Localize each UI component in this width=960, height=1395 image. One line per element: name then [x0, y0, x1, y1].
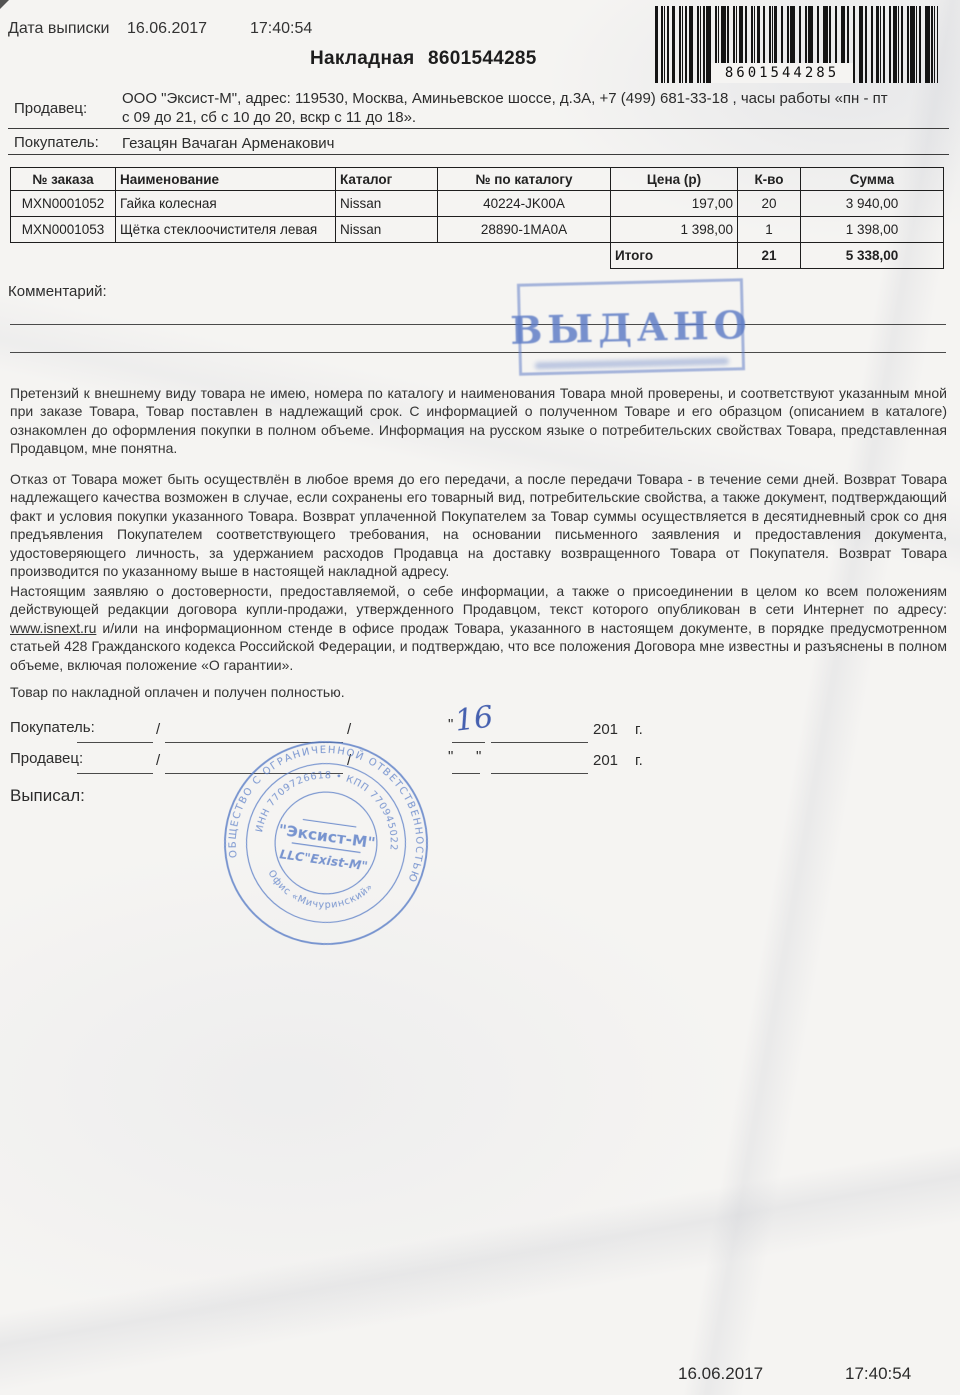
buyer-label: Покупатель:: [14, 134, 99, 151]
seal-office-text: Офис «Мичуринский»: [261, 867, 376, 918]
col-header-sum: Сумма: [801, 168, 944, 191]
issued-stamp: ВЫДАНО: [517, 278, 745, 375]
buyer-month-line: [491, 742, 588, 743]
barcode: 8601544285: [655, 6, 938, 83]
website-link: www.isnext.ru: [10, 620, 96, 636]
legal-contract-text-after: и/или на информационном стенде в офисе п…: [10, 620, 947, 673]
items-table: № заказа Наименование Каталог № по катал…: [10, 167, 944, 269]
document-title: Накладная: [310, 48, 415, 70]
cell-qty: 20: [738, 191, 801, 217]
total-label: Итого: [611, 243, 738, 269]
total-row-spacer: [11, 243, 611, 269]
cell-qty: 1: [738, 217, 801, 243]
legal-paragraph-claims: Претензий к внешнему виду товара не имею…: [10, 384, 947, 458]
buyer-value: Гезацян Вачаган Арменакович: [122, 134, 335, 153]
slash: /: [347, 721, 351, 738]
col-header-partno: № по каталогу: [438, 168, 611, 191]
cell-sum: 1 398,00: [801, 217, 944, 243]
slash: /: [156, 752, 160, 769]
company-seal: ОБЩЕСТВО С ОГРАНИЧЕННОЙ ОТВЕТСТВЕННОСТЬЮ…: [204, 721, 448, 965]
cell-order: MXN0001052: [11, 191, 116, 217]
signature-buyer-label: Покупатель:: [10, 719, 95, 736]
buyer-day-line: [452, 742, 485, 743]
seller-value-line2: с 09 до 21, сб с 10 до 20, вскр с 11 до …: [122, 108, 947, 127]
cell-price: 1 398,00: [611, 217, 738, 243]
seller-label: Продавец:: [14, 100, 87, 117]
seller-value: ООО "Эксист-М", адрес: 119530, Москва, А…: [122, 89, 947, 127]
cell-partno: 40224-JK00A: [438, 191, 611, 217]
cell-sum: 3 940,00: [801, 191, 944, 217]
paid-received-statement: Товар по накладной оплачен и получен пол…: [10, 683, 947, 701]
buyer-signature-line: [77, 742, 153, 743]
legal-contract-text-before: Настоящим заявляю о достоверности, предо…: [10, 583, 947, 617]
year-prefix: 201: [593, 752, 618, 769]
signature-seller-label: Продавец:: [10, 750, 83, 767]
cell-price: 197,00: [611, 191, 738, 217]
scan-corner-artifact: [0, 0, 9, 9]
col-header-name: Наименование: [116, 168, 336, 191]
slash: /: [156, 721, 160, 738]
col-header-qty: К-во: [738, 168, 801, 191]
barcode-number: 8601544285: [711, 63, 853, 83]
total-qty: 21: [738, 243, 801, 269]
comment-line-1: [10, 324, 946, 325]
cell-name: Гайка колесная: [116, 191, 336, 217]
handwritten-day: 16: [453, 700, 495, 739]
year-suffix: г.: [635, 721, 643, 738]
cell-catalog: Nissan: [336, 217, 438, 243]
issue-date-value: 16.06.2017: [127, 20, 207, 38]
quote-mark: ": [448, 748, 453, 765]
footer-time: 17:40:54: [845, 1364, 911, 1384]
stamp-smudge: [535, 358, 729, 370]
table-row: MXN0001053 Щётка стеклоочистителя левая …: [11, 217, 944, 243]
quote-mark: ": [476, 748, 481, 765]
seller-day-line: [452, 773, 480, 774]
cell-order: MXN0001053: [11, 217, 116, 243]
table-total-row: Итого 21 5 338,00: [11, 243, 944, 269]
footer-date: 16.06.2017: [678, 1364, 763, 1384]
invoice-scan-page: Дата выписки 16.06.2017 17:40:54 Накладн…: [0, 0, 960, 1395]
divider-under-buyer: [8, 154, 949, 155]
seller-signature-line: [77, 773, 153, 774]
seller-month-line: [491, 773, 588, 774]
divider-under-seller: [8, 128, 949, 129]
col-header-price: Цена (р): [611, 168, 738, 191]
company-seal-graphic: ОБЩЕСТВО С ОГРАНИЧЕННОЙ ОТВЕТСТВЕННОСТЬЮ…: [204, 721, 448, 965]
seller-value-line1: ООО "Эксист-М", адрес: 119530, Москва, А…: [122, 89, 947, 108]
issued-stamp-text: ВЫДАНО: [510, 302, 753, 353]
issue-date-label: Дата выписки: [8, 20, 109, 38]
comment-line-2: [10, 352, 946, 353]
items-table-header-row: № заказа Наименование Каталог № по катал…: [11, 168, 944, 191]
cell-partno: 28890-1MA0A: [438, 217, 611, 243]
year-suffix: г.: [635, 752, 643, 769]
table-row: MXN0001052 Гайка колесная Nissan 40224-J…: [11, 191, 944, 217]
svg-text:Офис «Мичуринский»: Офис «Мичуринский»: [261, 867, 376, 918]
col-header-order: № заказа: [11, 168, 116, 191]
col-header-catalog: Каталог: [336, 168, 438, 191]
year-prefix: 201: [593, 721, 618, 738]
document-number: 8601544285: [428, 48, 537, 70]
legal-paragraph-refusal: Отказ от Товара может быть осуществлён в…: [10, 470, 947, 580]
cell-name: Щётка стеклоочистителя левая: [116, 217, 336, 243]
issued-by-label: Выписал:: [10, 786, 85, 806]
comment-label: Комментарий:: [8, 283, 107, 300]
legal-paragraph-contract: Настоящим заявляю о достоверности, предо…: [10, 582, 947, 674]
cell-catalog: Nissan: [336, 191, 438, 217]
total-sum: 5 338,00: [801, 243, 944, 269]
issue-time-value: 17:40:54: [250, 20, 312, 38]
quote-mark: ": [448, 716, 453, 733]
